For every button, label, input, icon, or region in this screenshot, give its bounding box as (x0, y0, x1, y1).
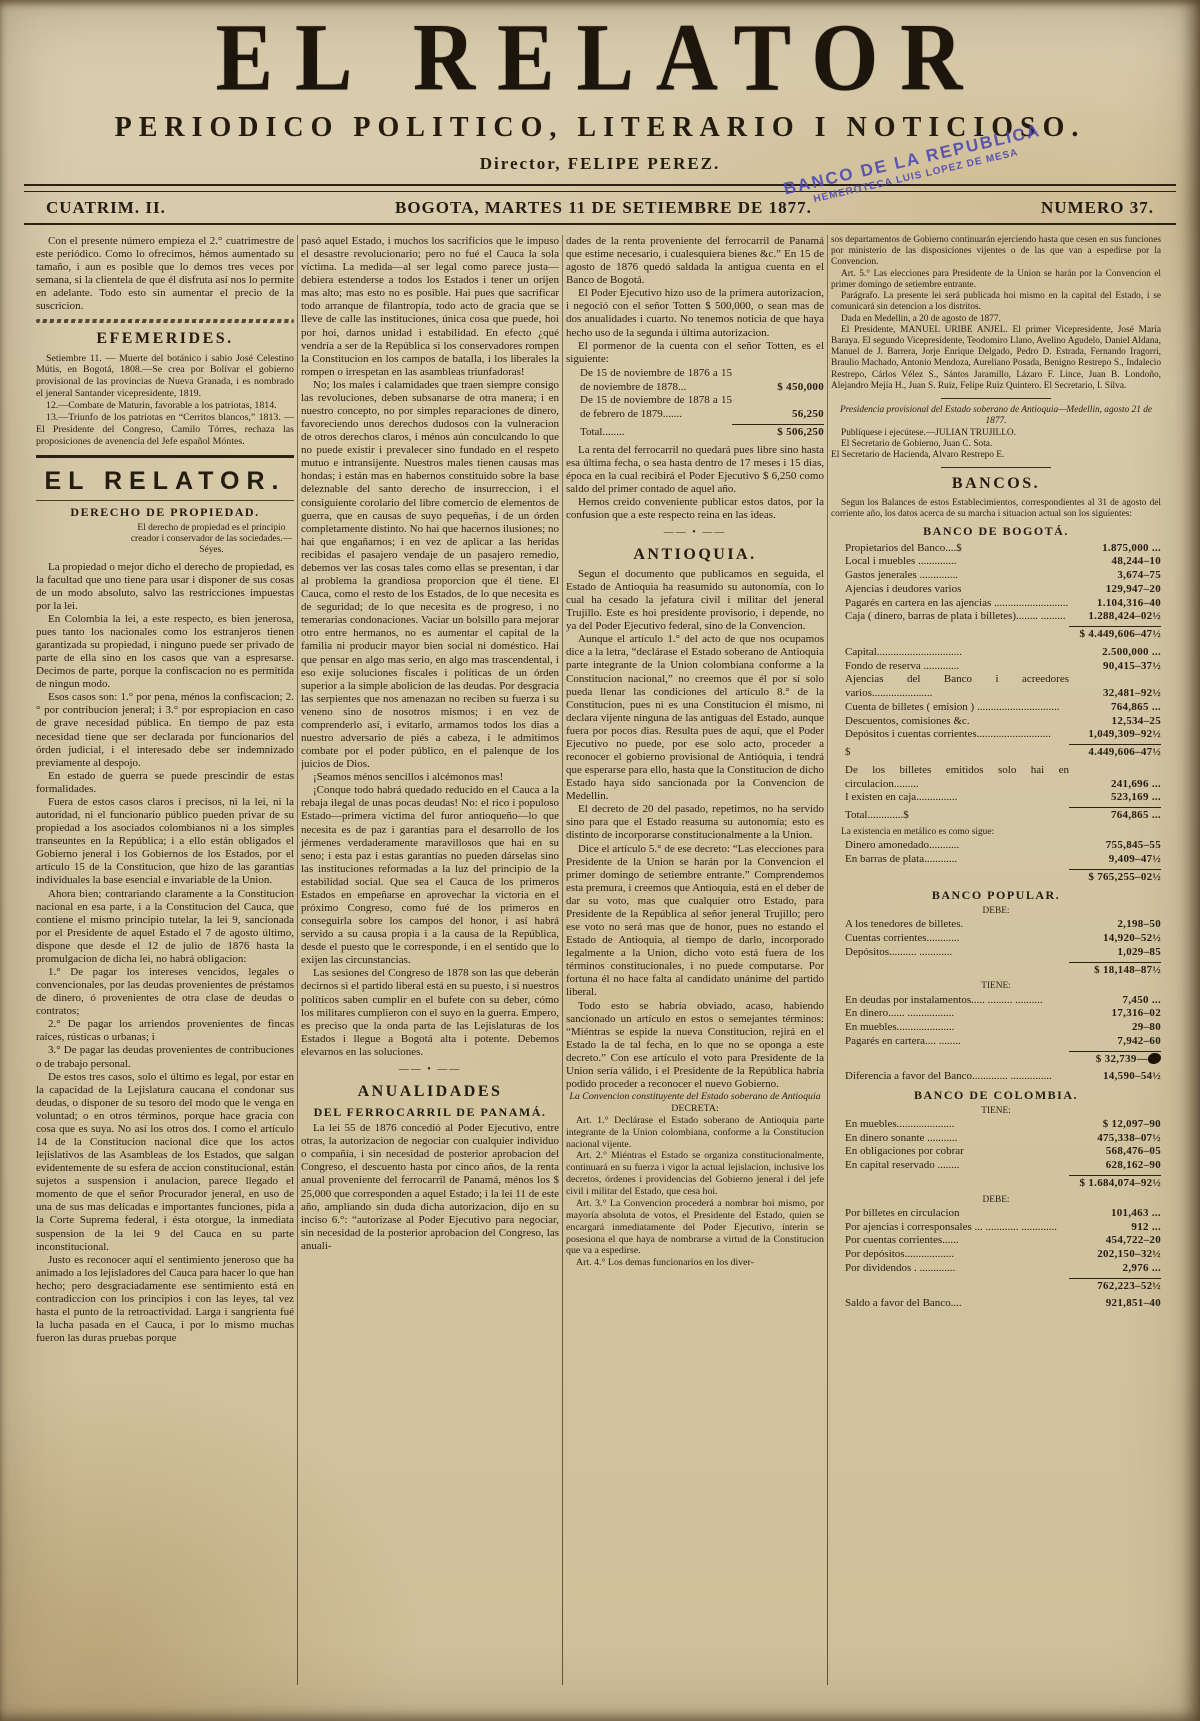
subsection-heading: DERECHO DE PROPIEDAD. (36, 505, 294, 519)
financial-value: 1.288,424–02½ (1069, 610, 1161, 624)
financial-label: Pagarés en cartera.... ........ (831, 1035, 1069, 1049)
financial-row: Gastos jenerales ..............3,674–75 (831, 569, 1161, 583)
subsection-heading: BANCO POPULAR. (831, 888, 1161, 903)
article-paragraph: Todo esto se habría obviado, acaso, habi… (566, 1000, 824, 1092)
column-4: sos departamentos de Gobierno continuará… (831, 235, 1161, 1685)
financial-value: 12,534–25 (1069, 715, 1161, 729)
article-paragraph: Segun el documento que publicamos en seg… (566, 568, 824, 633)
article-paragraph-small: DECRETA: (566, 1103, 824, 1115)
financial-label: Por depósitos.................. (831, 1248, 1069, 1262)
article-paragraph: 3.° De pagar las deudas provenientes de … (36, 1044, 294, 1070)
financial-row: Por cuentas corrientes......454,722–20 (831, 1234, 1161, 1248)
financial-row: En muebles.....................$ 12,097–… (831, 1118, 1161, 1132)
financial-row: $ 4.449,606–47½ (831, 626, 1161, 642)
financial-row: Fondo de reserva .............90,415–37½ (831, 660, 1161, 674)
financial-row: Depósitos.......... ............1,029–85 (831, 946, 1161, 960)
financial-label: En capital reservado ........ (831, 1159, 1069, 1173)
financial-label: En deudas por instalamentos..... .......… (831, 994, 1069, 1008)
financial-label: Local i muebles .............. (831, 555, 1069, 569)
financial-value: 48,244–10 (1069, 555, 1161, 569)
financial-row: Local i muebles ..............48,244–10 (831, 555, 1161, 569)
financial-value: 14,590–54½ (1069, 1070, 1161, 1084)
financial-label: Por ajencias i corresponsales ... ......… (831, 1221, 1069, 1235)
financial-row: Por depósitos..................202,150–3… (831, 1248, 1161, 1262)
financial-row: Pagarés en cartera en las ajencias .....… (831, 597, 1161, 611)
article-columns: Con el presente número empieza el 2.° cu… (0, 227, 1200, 1685)
article-paragraph: dades de la renta proveniente del ferroc… (566, 235, 824, 287)
financial-label: Por dividendos . ............. (831, 1262, 1069, 1276)
section-heading: BANCOS. (831, 474, 1161, 494)
financial-label: Por cuentas corrientes...... (831, 1234, 1069, 1248)
financial-value: 9,409–47½ (1069, 853, 1161, 867)
financial-label: Pagarés en cartera en las ajencias .....… (831, 597, 1069, 611)
article-paragraph-small: DEBE: (831, 1195, 1161, 1206)
article-paragraph-small: Parágrafo. La presente lei será publicad… (831, 291, 1161, 313)
financial-label: De los billetes emitidos solo hai en cir… (831, 764, 1069, 792)
subsection-heading: DEL FERROCARRIL DE PANAMÁ. (301, 1105, 559, 1119)
column-divider (827, 235, 828, 1685)
article-paragraph: Con el presente número empieza el 2.° cu… (36, 235, 294, 313)
financial-label: Dinero amonedado........... (831, 839, 1069, 853)
financial-label: En barras de plata............ (831, 853, 1069, 867)
financial-row: Por dividendos . .............2,976 ... (831, 1262, 1161, 1276)
rule-divider (36, 500, 294, 501)
financial-row: $ 765,255–02½ (831, 869, 1161, 885)
financial-row: Descuentos, comisiones &c.12,534–25 (831, 715, 1161, 729)
financial-value: 921,851–40 (1069, 1297, 1161, 1311)
article-paragraph-small: Art. 5.° Las elecciones para Presidente … (831, 269, 1161, 291)
article-paragraph: No; los males i calamidades que traen si… (301, 379, 559, 771)
financial-label: Saldo a favor del Banco.... (831, 1297, 1069, 1311)
financial-row: Capital...............................2.… (831, 646, 1161, 660)
financial-label: Depósitos.......... ............ (831, 946, 1069, 960)
financial-label: En muebles..................... (831, 1118, 1069, 1132)
financial-row: En obligaciones por cobrar568,476–05 (831, 1145, 1161, 1159)
financial-value: 755,845–55 (1069, 839, 1161, 853)
article-paragraph-small: La Convencion constituyente del Estado s… (566, 1091, 824, 1103)
financial-value: 90,415–37½ (1069, 660, 1161, 674)
article-paragraph: 1.° De pagar los intereses vencidos, leg… (36, 966, 294, 1018)
financial-row: Pagarés en cartera.... ........7,942–60 (831, 1035, 1161, 1049)
financial-value: 2.500,000 ... (1069, 646, 1161, 660)
financial-label: Ajencias i deudores varios (831, 583, 1069, 597)
article-paragraph-small: Art. 1.° Declárase el Estado soberano de… (566, 1115, 824, 1151)
article-paragraph-small: Art. 3.° La Convencion procederá a nombr… (566, 1198, 824, 1257)
financial-row: Ajencias i deudores varios129,947–20 (831, 583, 1161, 597)
financial-table: A los tenedores de billetes.2,198–50Cuen… (831, 918, 1161, 977)
financial-row: Caja ( dinero, barras de plata i billete… (831, 610, 1161, 624)
financial-row: $ 1.684,074–92½ (831, 1175, 1161, 1191)
financial-value: 454,722–20 (1069, 1234, 1161, 1248)
column-2: pasó aquel Estado, i muchos los sacrific… (301, 235, 559, 1685)
article-paragraph: La propiedad o mejor dicho el derecho de… (36, 561, 294, 613)
financial-table: Capital...............................2.… (831, 646, 1161, 760)
newspaper-subtitle: PERIODICO POLITICO, LITERARIO I NOTICIOS… (0, 112, 1200, 144)
financial-table: En deudas por instalamentos..... .......… (831, 994, 1161, 1085)
financial-table: Propietarios del Banco....$1.875,000 ...… (831, 542, 1161, 642)
financial-row: De 15 de noviembre de 1878 a 15 de febre… (566, 394, 824, 422)
article-paragraph-small: 13.—Triunfo de los patriotas en “Cerrito… (36, 412, 294, 448)
financial-row: Ajencias del Banco i acreedores varios..… (831, 673, 1161, 701)
financial-value: $ 12,097–90 (1069, 1118, 1161, 1132)
column-divider (562, 235, 563, 1685)
article-paragraph: Esos casos son: 1.° por pena, ménos la c… (36, 691, 294, 769)
article-paragraph: Hemos creido conveniente publicar estos … (566, 496, 824, 522)
financial-value: 4.449,606–47½ (1069, 744, 1161, 760)
financial-value: 628,162–90 (1069, 1159, 1161, 1173)
financial-row: En deudas por instalamentos..... .......… (831, 994, 1161, 1008)
subsection-heading: BANCO DE COLOMBIA. (831, 1088, 1161, 1103)
financial-row: Por ajencias i corresponsales ... ......… (831, 1221, 1161, 1235)
financial-row: I existen en caja...............523,169 … (831, 791, 1161, 805)
financial-value: 1.875,000 ... (1069, 542, 1161, 556)
financial-label: A los tenedores de billetes. (831, 918, 1069, 932)
financial-value: 101,463 ... (1069, 1207, 1161, 1221)
column-3: dades de la renta proveniente del ferroc… (566, 235, 824, 1685)
financial-value: 56,250 (732, 408, 824, 422)
financial-value: 523,169 ... (1069, 791, 1161, 805)
article-paragraph-small: El Secretario de Gobierno, Juan C. Sota. (831, 439, 1161, 450)
article-paragraph: De estos tres casos, solo el último es l… (36, 1071, 294, 1254)
financial-label: Cuenta de billetes ( emision ) .........… (831, 701, 1069, 715)
financial-row: En dinero sonante ...........475,338–07½ (831, 1132, 1161, 1146)
article-paragraph: En Colombia la lei, a este respecto, es … (36, 613, 294, 691)
financial-value: 7,450 ... (1069, 994, 1161, 1008)
ink-blot (1148, 1053, 1161, 1064)
dateline-date: BOGOTA, MARTES 11 DE SETIEMBRE DE 1877. (395, 198, 812, 218)
financial-label: Caja ( dinero, barras de plata i billete… (831, 610, 1069, 624)
epigraph: El derecho de propiedad es el principio … (129, 523, 294, 557)
article-paragraph-small: Art. 4.° Los demas funcionarios en los d… (566, 1257, 824, 1269)
section-heading: ANUALIDADES (301, 1082, 559, 1101)
subsection-heading: BANCO DE BOGOTÁ. (831, 524, 1161, 539)
article-paragraph-small: Dada en Medellin, a 20 de agosto de 1877… (831, 314, 1161, 325)
ornament-divider: —— • —— (566, 527, 824, 539)
financial-label: En dinero sonante ........... (831, 1132, 1069, 1146)
financial-value: 29–80 (1069, 1021, 1161, 1035)
financial-label: En muebles..................... (831, 1021, 1069, 1035)
article-paragraph-small: El Secretario de Hacienda, Alvaro Restre… (831, 450, 1161, 461)
financial-value: $ 1.684,074–92½ (1069, 1175, 1161, 1191)
financial-row: Por billetes en circulacion101,463 ... (831, 1207, 1161, 1221)
article-paragraph: Ahora bien; contrariando claramente a la… (36, 888, 294, 966)
financial-label: En dinero...... ................. (831, 1007, 1069, 1021)
financial-value: 764,865 ... (1069, 807, 1161, 823)
article-paragraph: Aunque el artículo 1.° del acto de que n… (566, 633, 824, 803)
financial-label: $ (831, 746, 1069, 760)
financial-label: Total........ (566, 426, 732, 440)
dateline: CUATRIM. II. BOGOTA, MARTES 11 DE SETIEM… (0, 192, 1200, 223)
column-1: Con el presente número empieza el 2.° cu… (36, 235, 294, 1685)
newspaper-title: EL RELATOR (0, 9, 1200, 105)
financial-label: Total.............$ (831, 809, 1069, 823)
article-paragraph-small: TIENE: (831, 1106, 1161, 1117)
article-paragraph: El pormenor de la cuenta con el señor To… (566, 340, 824, 366)
financial-table: De los billetes emitidos solo hai en cir… (831, 764, 1161, 823)
article-paragraph-small: La existencia en metálico es como sigue: (831, 827, 1161, 838)
financial-row: A los tenedores de billetes.2,198–50 (831, 918, 1161, 932)
financial-row: Dinero amonedado...........755,845–55 (831, 839, 1161, 853)
ornament-divider: —— • —— (301, 1064, 559, 1076)
financial-row: Cuentas corrientes............14,920–52½ (831, 932, 1161, 946)
masthead: EL RELATOR PERIODICO POLITICO, LITERARIO… (0, 0, 1200, 174)
article-paragraph-small: Presidencia provisional del Estado sober… (831, 405, 1161, 427)
financial-label: Descuentos, comisiones &c. (831, 715, 1069, 729)
financial-value: 568,476–05 (1069, 1145, 1161, 1159)
financial-row: En muebles.....................29–80 (831, 1021, 1161, 1035)
financial-label: De 15 de noviembre de 1878 a 15 de febre… (566, 394, 732, 422)
dateline-number: NUMERO 37. (1041, 198, 1154, 218)
article-paragraph: pasó aquel Estado, i muchos los sacrific… (301, 235, 559, 379)
financial-value: $ 450,000 (732, 381, 824, 395)
article-paragraph-small: sos departamentos de Gobierno continuará… (831, 235, 1161, 269)
article-paragraph-small: Setiembre 11. — Muerte del botánico i sa… (36, 353, 294, 401)
rule-divider (36, 319, 294, 323)
financial-row: Diferencia a favor del Banco............… (831, 1070, 1161, 1084)
article-paragraph-small: 12.—Combate de Maturin, favorable a los … (36, 400, 294, 412)
financial-value: 1,029–85 (1069, 946, 1161, 960)
inner-masthead-title: EL RELATOR. (36, 467, 294, 497)
section-heading: ANTIOQUIA. (566, 545, 824, 564)
financial-row: 762,223–52½ (831, 1278, 1161, 1294)
financial-table: Dinero amonedado...........755,845–55En … (831, 839, 1161, 884)
financial-value: $ 32,739— (1069, 1051, 1161, 1067)
article-paragraph: Fuera de estos casos claros i precisos, … (36, 796, 294, 888)
article-paragraph: La renta del ferrocarril no quedará pues… (566, 444, 824, 496)
article-paragraph: El decreto de 20 del pasado, repetimos, … (566, 803, 824, 842)
financial-value: 17,316–02 (1069, 1007, 1161, 1021)
financial-label: Diferencia a favor del Banco............… (831, 1070, 1069, 1084)
article-paragraph-small: TIENE: (831, 981, 1161, 992)
article-paragraph-small: El Presidente, MANUEL URIBE ANJEL. El pr… (831, 325, 1161, 392)
financial-value: 2,198–50 (1069, 918, 1161, 932)
financial-label: Capital............................... (831, 646, 1069, 660)
financial-label: Cuentas corrientes............ (831, 932, 1069, 946)
financial-value: 32,481–92½ (1069, 687, 1161, 701)
financial-row: Saldo a favor del Banco....921,851–40 (831, 1297, 1161, 1311)
financial-value: $ 765,255–02½ (1069, 869, 1161, 885)
article-paragraph: La lei 55 de 1876 concedió al Poder Ejec… (301, 1122, 559, 1253)
director-line: Director, FELIPE PEREZ. (0, 154, 1200, 174)
financial-row: En barras de plata............9,409–47½ (831, 853, 1161, 867)
financial-row: $4.449,606–47½ (831, 744, 1161, 760)
financial-row: Total........$ 506,250 (566, 424, 824, 440)
financial-value: 912 ... (1069, 1221, 1161, 1235)
article-paragraph-small: Art. 2.° Miéntras el Estado se organiza … (566, 1150, 824, 1198)
article-paragraph: Justo es reconocer aquí el sentimiento j… (36, 1254, 294, 1346)
article-paragraph: En estado de guerra se puede prescindir … (36, 770, 294, 796)
financial-value: 3,674–75 (1069, 569, 1161, 583)
section-heading: EFEMERIDES. (36, 329, 294, 348)
financial-row: $ 32,739— (831, 1051, 1161, 1067)
financial-label: Depósitos i cuentas corrientes..........… (831, 728, 1069, 742)
dateline-volume: CUATRIM. II. (46, 198, 166, 218)
financial-value: 762,223–52½ (1069, 1278, 1161, 1294)
financial-value: 1.104,316–40 (1069, 597, 1161, 611)
financial-label: Gastos jenerales .............. (831, 569, 1069, 583)
financial-value: 129,947–20 (1069, 583, 1161, 597)
financial-label: Propietarios del Banco....$ (831, 542, 1069, 556)
financial-row: De los billetes emitidos solo hai en cir… (831, 764, 1161, 792)
financial-label: Por billetes en circulacion (831, 1207, 1069, 1221)
article-paragraph-small: Segun los Balances de estos Establecimie… (831, 498, 1161, 520)
masthead-rule (24, 184, 1176, 192)
financial-label: En obligaciones por cobrar (831, 1145, 1069, 1159)
financial-table: En muebles.....................$ 12,097–… (831, 1118, 1161, 1191)
financial-value: 241,696 ... (1069, 778, 1161, 792)
financial-value: 1,049,309–92½ (1069, 728, 1161, 742)
financial-row: En capital reservado ........628,162–90 (831, 1159, 1161, 1173)
article-paragraph: Las sesiones del Congreso de 1878 son la… (301, 967, 559, 1059)
financial-label: Ajencias del Banco i acreedores varios..… (831, 673, 1069, 701)
rule-divider (941, 467, 1051, 468)
article-paragraph: El Poder Ejecutivo hizo uso de la primer… (566, 287, 824, 339)
financial-value: 202,150–32½ (1069, 1248, 1161, 1262)
column-divider (297, 235, 298, 1685)
financial-value: $ 18,148–87½ (1069, 962, 1161, 978)
financial-row: Cuenta de billetes ( emision ) .........… (831, 701, 1161, 715)
financial-value: 7,942–60 (1069, 1035, 1161, 1049)
financial-value: $ 4.449,606–47½ (1069, 626, 1161, 642)
rule-divider (36, 455, 294, 458)
article-paragraph-small: DEBE: (831, 906, 1161, 917)
financial-value: 14,920–52½ (1069, 932, 1161, 946)
financial-label: De 15 de noviembre de 1876 a 15 de novie… (566, 367, 732, 395)
financial-row: Propietarios del Banco....$1.875,000 ... (831, 542, 1161, 556)
financial-row: $ 18,148–87½ (831, 962, 1161, 978)
article-paragraph-small: Publíquese i ejecútese.—JULIAN TRUJILLO. (831, 428, 1161, 439)
article-paragraph: ¡Seamos ménos sencillos i alcémonos mas! (301, 771, 559, 784)
newspaper-page: EL RELATOR PERIODICO POLITICO, LITERARIO… (0, 0, 1200, 1721)
financial-value: 2,976 ... (1069, 1262, 1161, 1276)
financial-label: Fondo de reserva ............. (831, 660, 1069, 674)
financial-label: I existen en caja............... (831, 791, 1069, 805)
financial-table: De 15 de noviembre de 1876 a 15 de novie… (566, 367, 824, 440)
article-paragraph: 2.° De pagar los arriendos provenientes … (36, 1018, 294, 1044)
article-paragraph: Dice el artículo 5.° de ese decreto: “La… (566, 843, 824, 1000)
financial-table: Por billetes en circulacion101,463 ...Po… (831, 1207, 1161, 1311)
financial-value: 764,865 ... (1069, 701, 1161, 715)
financial-row: De 15 de noviembre de 1876 a 15 de novie… (566, 367, 824, 395)
financial-row: En dinero...... .................17,316–… (831, 1007, 1161, 1021)
rule-divider (941, 398, 1051, 399)
financial-row: Depósitos i cuentas corrientes..........… (831, 728, 1161, 742)
financial-value: $ 506,250 (732, 424, 824, 440)
financial-row: Total.............$764,865 ... (831, 807, 1161, 823)
financial-value: 475,338–07½ (1069, 1132, 1161, 1146)
article-paragraph: ¡Conque todo habrá quedado reducido en e… (301, 784, 559, 967)
